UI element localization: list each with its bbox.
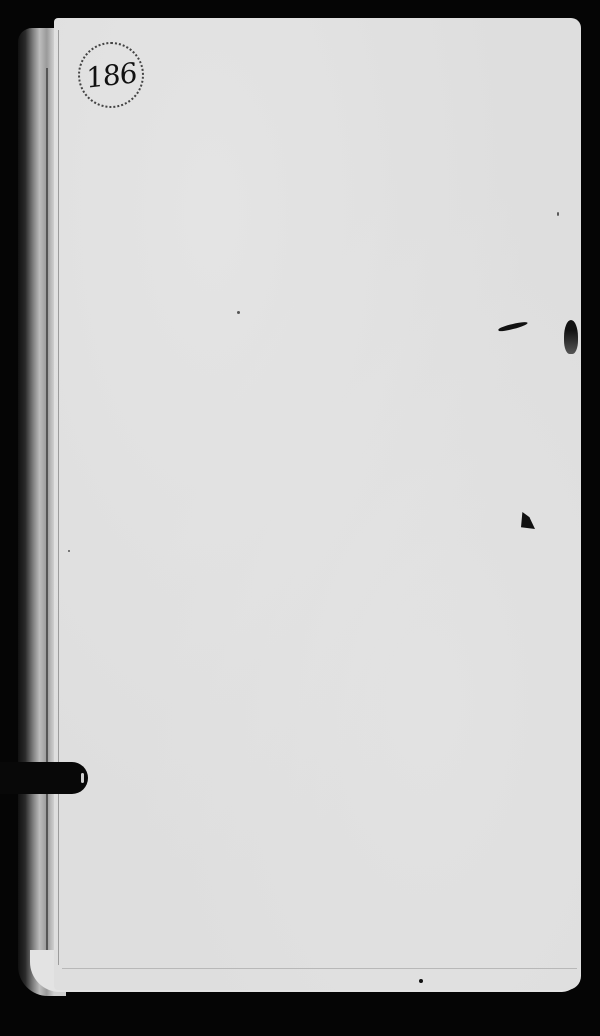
paper-speck [68,550,70,552]
clip-highlight [81,773,84,783]
folio-number: 186 [86,56,136,94]
blank-page [54,18,581,990]
page-bottom-rule [62,968,577,969]
paper-speck [237,311,240,314]
spine-edge-line [46,68,48,968]
page-margin-rule [58,30,59,965]
folio-number-stamp: 186 [78,42,144,108]
ink-drip [564,320,578,354]
paper-speck [419,979,423,983]
binding-clip [0,762,88,794]
paper-speck [557,212,559,216]
